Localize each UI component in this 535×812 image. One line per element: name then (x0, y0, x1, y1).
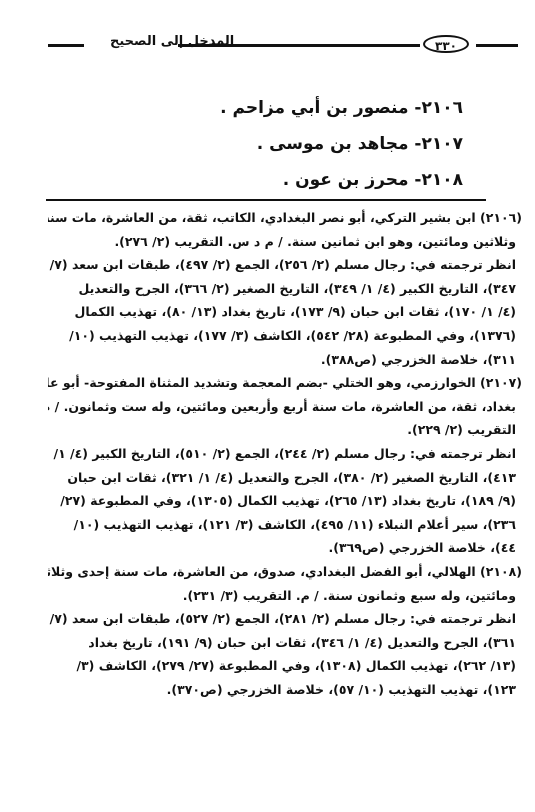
footnote-line: ٣١١)، خلاصة الخزرجي (ص٣٨٨). (48, 348, 522, 372)
footnote-line: ٢٣٦)، سير أعلام النبلاء (١١/ ٤٩٥)، الكاش… (48, 513, 522, 537)
footnote-2108: (٢١٠٨) الهلالي، أبو الفضل البغدادي، صدوق… (48, 560, 522, 702)
footnote-line: انظر ترجمته في: رجال مسلم (٢/ ٢٤٤)، الجم… (48, 442, 522, 466)
page-number-badge: ٣٣٠ (423, 35, 469, 53)
footnote-line: ٤٤)، خلاصة الخزرجي (ص٣٦٩). (48, 536, 522, 560)
footnote-line: انظر ترجمته في: رجال مسلم (٢/ ٢٥٦)، الجم… (48, 253, 522, 277)
entry-2108: ٢١٠٨- محرز بن عون . (220, 162, 463, 198)
footnote-line: ١٢٣)، تهذيب التهذيب (١٠/ ٥٧)، خلاصة الخز… (48, 678, 522, 702)
footnote-separator (46, 199, 486, 201)
header-rule-left (48, 44, 84, 47)
footnote-line: ٣٦١)، الجرح والتعديل (٤/ ١/ ٣٤٦)، ثقات ا… (48, 631, 522, 655)
header-rule-right (476, 44, 518, 47)
footnote-2107: (٢١٠٧) الخوارزمي، وهو الختلي -بضم المعجم… (48, 371, 522, 560)
header-rule-middle (178, 44, 420, 47)
document-page: المدخل إلى الصحيح ٣٣٠ ٢١٠٦- منصور بن أبي… (0, 0, 535, 812)
entry-2107: ٢١٠٧- مجاهد بن موسى . (220, 126, 463, 162)
entry-2106: ٢١٠٦- منصور بن أبي مزاحم . (220, 90, 463, 126)
footnote-line: انظر ترجمته في: رجال مسلم (٢/ ٢٨١)، الجم… (48, 607, 522, 631)
footnote-line: التقريب (٢/ ٢٢٩). (48, 418, 522, 442)
footnote-line: (٤/ ١/ ١٧٠)، ثقات ابن حبان (٩/ ١٧٣)، تار… (48, 300, 522, 324)
narrator-entries: ٢١٠٦- منصور بن أبي مزاحم . ٢١٠٧- مجاهد ب… (220, 90, 463, 198)
page-header: المدخل إلى الصحيح ٣٣٠ (48, 32, 488, 56)
footnote-line: (١٣/ ٢٦٢)، تهذيب الكمال (١٣٠٨)، وفي المط… (48, 654, 522, 678)
footnotes: (٢١٠٦) ابن بشير التركي، أبو نصر البغدادي… (48, 206, 522, 701)
footnote-line: (٢١٠٨) الهلالي، أبو الفضل البغدادي، صدوق… (48, 560, 522, 584)
footnote-2106: (٢١٠٦) ابن بشير التركي، أبو نصر البغدادي… (48, 206, 522, 371)
footnote-line: (١٣٧٦)، وفي المطبوعة (٢٨/ ٥٤٢)، الكاشف (… (48, 324, 522, 348)
footnote-line: (٢١٠٦) ابن بشير التركي، أبو نصر البغدادي… (48, 206, 522, 230)
footnote-line: ومائتين، وله سبع وثمانون سنة. / م. التقر… (48, 584, 522, 608)
footnote-line: ٣٤٧)، التاريخ الكبير (٤/ ١/ ٣٤٩)، التاري… (48, 277, 522, 301)
footnote-line: بغداد، ثقة، من العاشرة، مات سنة أربع وأر… (48, 395, 522, 419)
footnote-line: (٩/ ١٨٩)، تاريخ بغداد (١٣/ ٢٦٥)، تهذيب ا… (48, 489, 522, 513)
footnote-line: (٢١٠٧) الخوارزمي، وهو الختلي -بضم المعجم… (48, 371, 522, 395)
footnote-line: وثلاثين ومائتين، وهو ابن ثمانين سنة. / م… (48, 230, 522, 254)
footnote-line: ٤١٣)، التاريخ الصغير (٢/ ٣٨٠)، الجرح وال… (48, 466, 522, 490)
